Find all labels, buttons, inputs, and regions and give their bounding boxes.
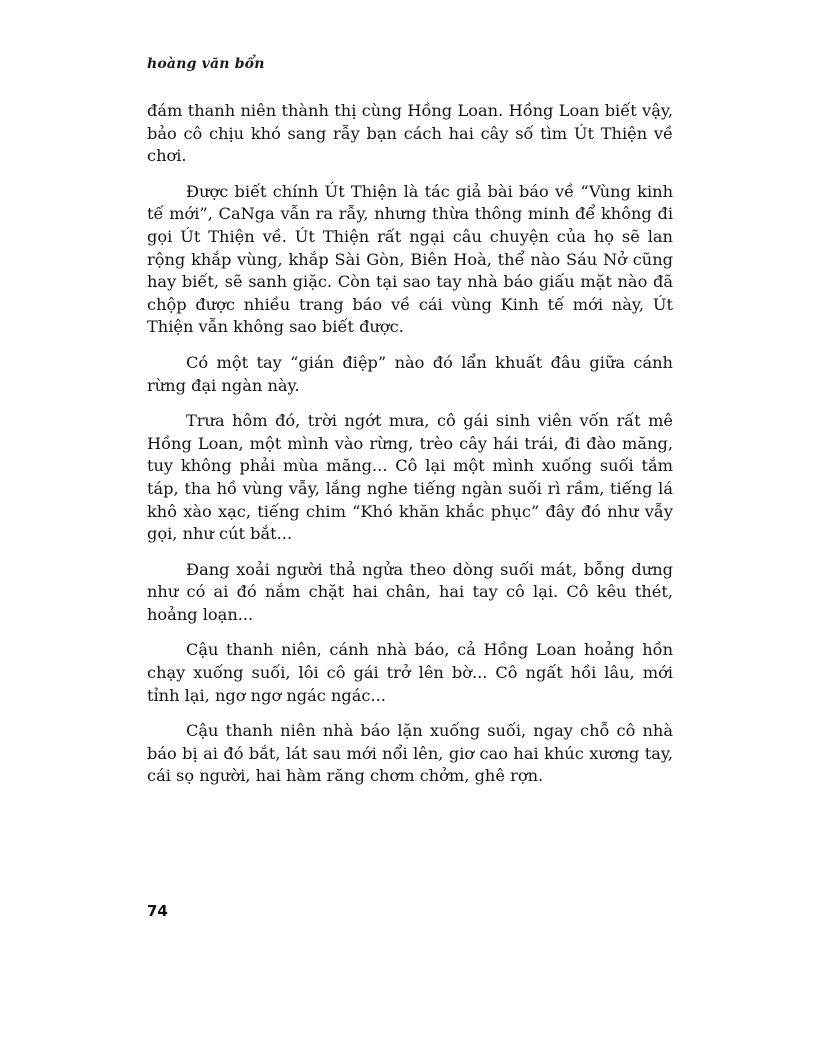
paragraph: Cậu thanh niên, cánh nhà báo, cả Hồng Lo… [147,639,673,707]
paragraph-continuation: đám thanh niên thành thị cùng Hồng Loan.… [147,100,673,168]
paragraph: Đang xoải người thả ngửa theo dòng suối … [147,559,673,627]
page-number: 74 [147,902,168,920]
paragraph: Trưa hôm đó, trời ngớt mưa, cô gái sinh … [147,410,673,546]
paragraph: Có một tay “gián điệp” nào đó lẩn khuất … [147,352,673,397]
body-text: đám thanh niên thành thị cùng Hồng Loan.… [147,100,673,801]
running-header-author: hoàng văn bổn [147,56,265,72]
book-page: hoàng văn bổn đám thanh niên thành thị c… [0,0,816,1056]
paragraph: Cậu thanh niên nhà báo lặn xuống suối, n… [147,720,673,788]
paragraph: Được biết chính Út Thiện là tác giả bài … [147,181,673,339]
